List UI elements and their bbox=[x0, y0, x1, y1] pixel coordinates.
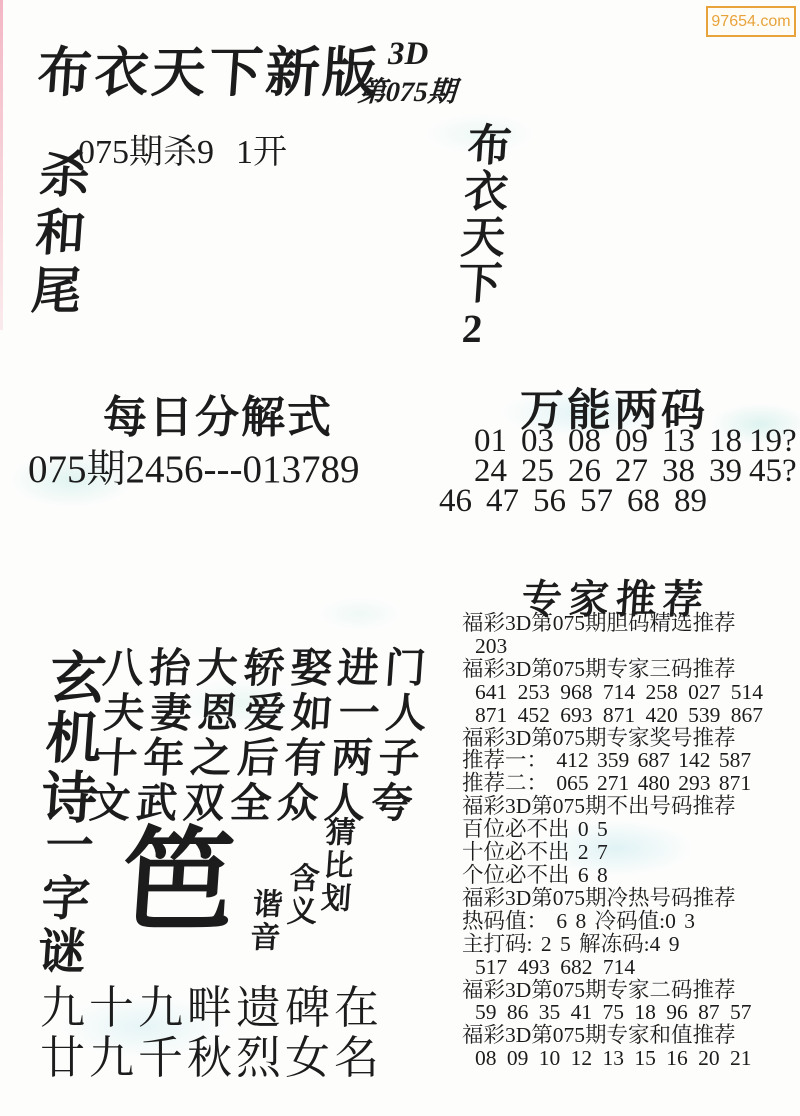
expert-line: 517 493 682 714 bbox=[462, 956, 798, 979]
universal-two-codes-grid: 01 03 08 09 13 18 19? 24 25 26 27 38 39 … bbox=[432, 426, 796, 516]
expert-line: 推荐一： 412 359 687 142 587 bbox=[462, 749, 798, 772]
two-codes-row: 46 47 56 57 68 89 bbox=[432, 486, 796, 516]
expert-line: 福彩3D第075期专家三码推荐 bbox=[462, 658, 798, 681]
two-codes-value: 45? bbox=[749, 456, 796, 486]
expert-line: 08 09 10 12 13 15 16 20 21 bbox=[462, 1047, 798, 1070]
expert-line: 福彩3D第075期冷热号码推荐 bbox=[462, 887, 798, 910]
lottery-sheet-page: 97654.com 布衣天下新版 3D 第075期 075期杀9 1开 杀和尾 … bbox=[0, 0, 800, 1116]
expert-line: 主打码: 2 5 解冻码:4 9 bbox=[462, 933, 798, 956]
two-codes-value: 08 bbox=[561, 426, 608, 456]
riddle-character: 笆 bbox=[118, 826, 238, 938]
daily-decompose-title: 每日分解式 bbox=[103, 381, 333, 445]
expert-line: 福彩3D第075期专家奖号推荐 bbox=[462, 727, 798, 750]
game-type-label: 3D bbox=[388, 36, 428, 73]
expert-line: 641 253 968 714 258 027 514 bbox=[462, 681, 798, 704]
site-watermark-badge: 97654.com bbox=[706, 6, 796, 37]
two-codes-value: 26 bbox=[561, 456, 608, 486]
two-codes-value: 19? bbox=[749, 426, 796, 456]
one-char-riddle-label: 一字谜 bbox=[20, 820, 101, 985]
riddle-hint-homophone: 谐音 bbox=[237, 888, 287, 968]
two-codes-value: 01 bbox=[467, 426, 514, 456]
expert-line: 热码值： 6 8 冷码值:0 3 bbox=[462, 910, 798, 933]
two-codes-value: 13 bbox=[655, 426, 702, 456]
site-watermark-text: 97654.com bbox=[711, 13, 790, 31]
two-codes-row: 01 03 08 09 13 18 19? bbox=[467, 426, 796, 456]
expert-line: 59 86 35 41 75 18 96 87 57 bbox=[462, 1001, 798, 1024]
kill-sum-tail-label: 杀和尾 bbox=[14, 148, 99, 333]
expert-line: 百位必不出 0 5 bbox=[462, 818, 798, 841]
expert-line: 个位必不出 6 8 bbox=[462, 864, 798, 887]
poem-line: 八抬大轿娶进门 bbox=[101, 646, 437, 691]
daily-decompose-formula: 075期2456---013789 bbox=[28, 438, 359, 494]
expert-line: 福彩3D第075期专家二码推荐 bbox=[462, 979, 798, 1002]
two-codes-value: 38 bbox=[655, 456, 702, 486]
expert-line: 推荐二： 065 271 480 293 871 bbox=[462, 772, 798, 795]
issue-number-label: 第075期 bbox=[357, 70, 458, 110]
expert-recommend-block: 福彩3D第075期胆码精选推荐 203 福彩3D第075期专家三码推荐 641 … bbox=[462, 612, 798, 1070]
kill-open-label: 1开 bbox=[236, 124, 287, 173]
expert-line: 十位必不出 2 7 bbox=[462, 841, 798, 864]
brand-edition-number: 2 bbox=[448, 306, 496, 353]
two-codes-value: 68 bbox=[620, 486, 667, 516]
bottom-verse: 九十九畔遗碑在 廿九千秋烈女名 bbox=[40, 983, 383, 1083]
two-codes-value: 39 bbox=[702, 456, 749, 486]
two-codes-value: 47 bbox=[479, 486, 526, 516]
two-codes-value: 25 bbox=[514, 456, 561, 486]
expert-line: 福彩3D第075期不出号码推荐 bbox=[462, 795, 798, 818]
bottom-verse-line: 九十九畔遗碑在 bbox=[40, 983, 383, 1033]
scan-edge-artifact bbox=[0, 0, 3, 330]
two-codes-value: 57 bbox=[573, 486, 620, 516]
expert-line: 福彩3D第075期专家和值推荐 bbox=[462, 1024, 798, 1047]
two-codes-value: 09 bbox=[608, 426, 655, 456]
sheet-title: 布衣天下新版 bbox=[35, 30, 382, 107]
two-codes-value: 89 bbox=[667, 486, 714, 516]
mystery-poem: 八抬大轿娶进门 夫妻恩爱如一人 十年之后有两子 文武双全众人夸 bbox=[92, 646, 438, 826]
two-codes-value: 24 bbox=[467, 456, 514, 486]
two-codes-value: 03 bbox=[514, 426, 561, 456]
two-codes-value: 27 bbox=[608, 456, 655, 486]
expert-line: 福彩3D第075期胆码精选推荐 bbox=[462, 612, 798, 635]
two-codes-value: 46 bbox=[432, 486, 479, 516]
two-codes-value: 56 bbox=[526, 486, 573, 516]
poem-line: 十年之后有两子 bbox=[95, 736, 431, 781]
poem-line: 夫妻恩爱如一人 bbox=[102, 691, 434, 736]
expert-line: 203 bbox=[462, 635, 798, 658]
expert-line: 871 452 693 871 420 539 867 bbox=[462, 704, 798, 727]
two-codes-value: 18 bbox=[702, 426, 749, 456]
brand-vertical-banner: 布衣天下2 bbox=[438, 122, 518, 357]
brand-name: 布衣天下 bbox=[449, 122, 511, 306]
two-codes-row: 24 25 26 27 38 39 45? bbox=[467, 456, 796, 486]
bottom-verse-line: 廿九千秋烈女名 bbox=[40, 1033, 383, 1083]
